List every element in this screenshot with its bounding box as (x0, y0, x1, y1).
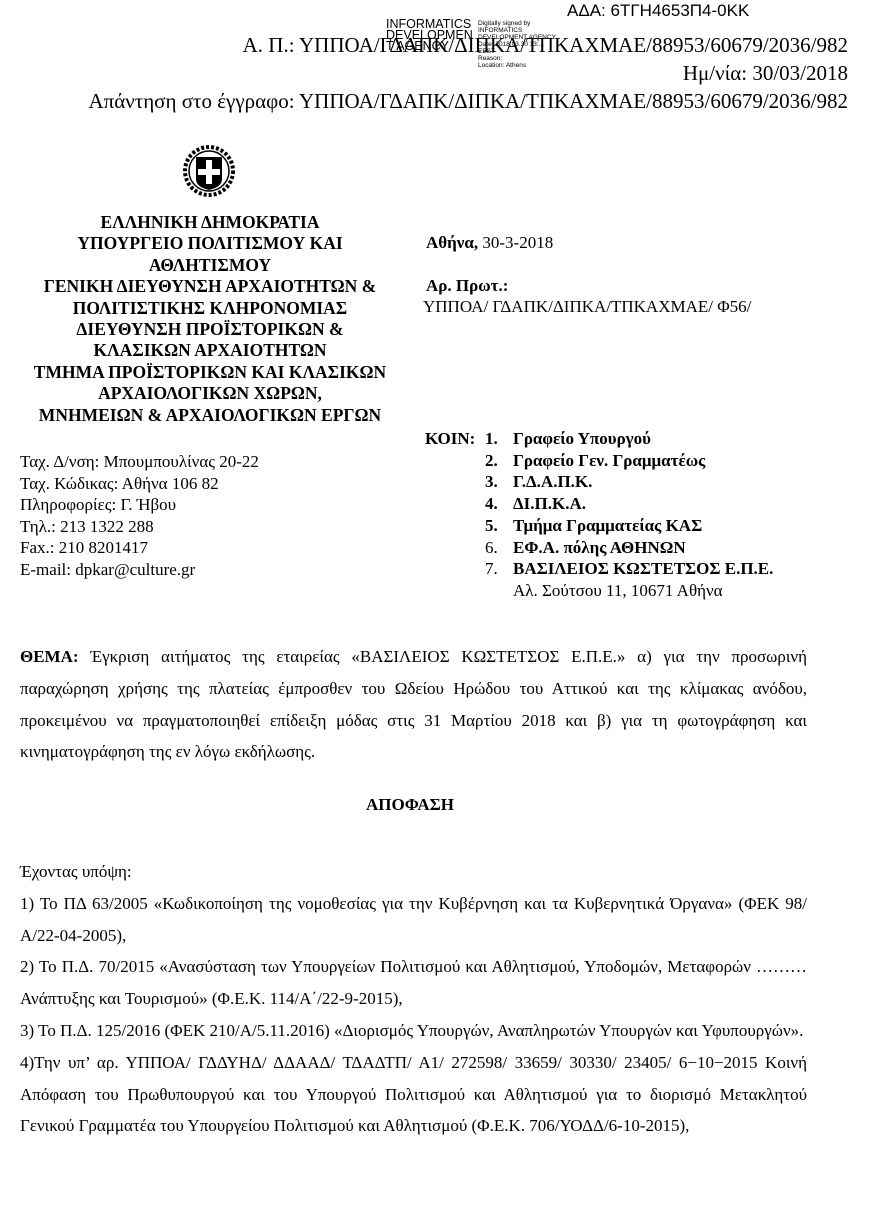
koin-recipients: ΚΟΙΝ: 1. Γραφείο Υπουργού 2. Γραφείο Γεν… (425, 428, 773, 602)
contact-information-person: Πληροφορίες: Γ. Ήβου (20, 494, 259, 516)
recipient-number: 1. (485, 428, 513, 450)
authority-line: ΚΛΑΣΙΚΩΝ ΑΡΧΑΙΟΤΗΤΩΝ (0, 340, 420, 361)
subject-paragraph: ΘΕΜΑ: Έγκριση αιτήματος της εταιρείας «Β… (20, 641, 807, 768)
document-date-header: Ημ/νία: 30/03/2018 (683, 61, 848, 86)
authority-line: ΓΕΝΙΚΗ ΔΙΕΥΘΥΝΣΗ ΑΡΧΑΙΟΤΗΤΩΝ & (0, 276, 420, 297)
legal-basis-item: 1) Το ΠΔ 63/2005 «Κωδικοποίηση της νομοθ… (20, 888, 807, 952)
recipient-row: ΚΟΙΝ: 1. Γραφείο Υπουργού (425, 428, 773, 450)
protocol-number-label: Αρ. Πρωτ.: (426, 275, 751, 296)
authority-line: ΜΝΗΜΕΙΩΝ & ΑΡΧΑΙΟΛΟΓΙΚΩΝ ΕΡΓΩΝ (0, 405, 420, 426)
issuing-authority: ΕΛΛΗΝΙΚΗ ΔΗΜΟΚΡΑΤΙΑ ΥΠΟΥΡΓΕΙΟ ΠΟΛΙΤΙΣΜΟΥ… (0, 212, 420, 426)
recipient-number: 2. (485, 450, 513, 472)
legal-basis-item: 2) Το Π.Δ. 70/2015 «Ανασύσταση των Υπουρ… (20, 951, 807, 1015)
recipient-address: Αλ. Σούτσου 11, 10671 Αθήνα (513, 580, 773, 602)
recipient-name: Τμήμα Γραμματείας ΚΑΣ (513, 515, 773, 537)
recipient-number: 5. (485, 515, 513, 537)
recipient-name: Γραφείο Γεν. Γραμματέως (513, 450, 773, 472)
recipient-row: 5. Τμήμα Γραμματείας ΚΑΣ (425, 515, 773, 537)
recipient-row: Αλ. Σούτσου 11, 10671 Αθήνα (425, 580, 773, 602)
subject-text: Έγκριση αιτήματος της εταιρείας «ΒΑΣΙΛΕΙ… (20, 647, 807, 761)
protocol-number: Αρ. Πρωτ.: ΥΠΠΟΑ/ ΓΔΑΠΚ/ΔΙΠΚΑ/ΤΠΚΑΧΜΑΕ/ … (426, 275, 751, 317)
authority-line: ΤΜΗΜΑ ΠΡΟΪΣΤΟΡΙΚΩΝ ΚΑΙ ΚΛΑΣΙΚΩΝ (0, 362, 420, 383)
authority-line: ΕΛΛΗΝΙΚΗ ΔΗΜΟΚΡΑΤΙΑ (0, 212, 420, 233)
legal-basis-item: 3) Το Π.Δ. 125/2016 (ΦΕΚ 210/Α/5.11.2016… (20, 1015, 807, 1047)
reply-to-header: Απάντηση στο έγγραφο: ΥΠΠΟΑ/ΓΔΑΠΚ/ΔΙΠΚΑ/… (88, 89, 848, 114)
recipient-row: 3. Γ.Δ.Α.Π.Κ. (425, 471, 773, 493)
recipient-name: ΒΑΣΙΛΕΙΟΣ ΚΩΣΤΕΤΣΟΣ Ε.Π.Ε. (513, 558, 773, 580)
contact-phone: Τηλ.: 213 1322 288 (20, 516, 259, 538)
protocol-number-header: Α. Π.: ΥΠΠΟΑ/ΓΔΑΠΚ/ΔΙΠΚΑ/ΤΠΚΑΧΜΑΕ/88953/… (243, 33, 848, 58)
authority-line: ΔΙΕΥΘΥΝΣΗ ΠΡΟΪΣΤΟΡΙΚΩΝ & (0, 319, 420, 340)
greek-coat-of-arms-icon (183, 145, 235, 197)
place-date: Αθήνα, 30-3-2018 (426, 233, 553, 253)
contact-address: Ταχ. Δ/νση: Μπουμπουλίνας 20-22 (20, 451, 259, 473)
recipient-name: ΔΙ.Π.Κ.Α. (513, 493, 773, 515)
subject-label: ΘΕΜΑ: (20, 647, 79, 666)
recipient-row: 6. ΕΦ.Α. πόλης ΑΘΗΝΩΝ (425, 537, 773, 559)
signature-detail-line: Digitally signed by (478, 20, 578, 27)
recipient-number: 3. (485, 471, 513, 493)
legal-basis-item: 4)Την υπ’ αρ. ΥΠΠΟΑ/ ΓΔΔΥΗΔ/ ΔΔΑΑΔ/ ΤΔΑΔ… (20, 1047, 807, 1142)
contact-email: E-mail: dpkar@culture.gr (20, 559, 259, 581)
recipient-row: 2. Γραφείο Γεν. Γραμματέως (425, 450, 773, 472)
place-date-label: Αθήνα, (426, 233, 478, 252)
decision-body: Έχοντας υπόψη: 1) Το ΠΔ 63/2005 «Κωδικοπ… (20, 856, 807, 1142)
authority-line: ΑΡΧΑΙΟΛΟΓΙΚΩΝ ΧΩΡΩΝ, (0, 383, 420, 404)
recipient-number: 6. (485, 537, 513, 559)
contact-fax: Fax.: 210 8201417 (20, 537, 259, 559)
considering-heading: Έχοντας υπόψη: (20, 856, 807, 888)
signature-detail-line: Location: Athens (478, 62, 578, 69)
recipient-row: 7. ΒΑΣΙΛΕΙΟΣ ΚΩΣΤΕΤΣΟΣ Ε.Π.Ε. (425, 558, 773, 580)
recipient-name: Γ.Δ.Α.Π.Κ. (513, 471, 773, 493)
recipient-number: 7. (485, 558, 513, 580)
authority-line: ΠΟΛΙΤΙΣΤΙΚΗΣ ΚΛΗΡΟΝΟΜΙΑΣ (0, 298, 420, 319)
contact-info: Ταχ. Δ/νση: Μπουμπουλίνας 20-22 Ταχ. Κώδ… (20, 451, 259, 581)
ada-code: ΑΔΑ: 6ΤΓΗ4653Π4-0ΚΚ (567, 1, 749, 21)
recipient-name: Γραφείο Υπουργού (513, 428, 773, 450)
contact-postal-code: Ταχ. Κώδικας: Αθήνα 106 82 (20, 473, 259, 495)
recipient-row: 4. ΔΙ.Π.Κ.Α. (425, 493, 773, 515)
place-date-value: 30-3-2018 (482, 233, 553, 252)
recipient-name: ΕΦ.Α. πόλης ΑΘΗΝΩΝ (513, 537, 773, 559)
authority-line: ΥΠΟΥΡΓΕΙΟ ΠΟΛΙΤΙΣΜΟΥ ΚΑΙ (0, 233, 420, 254)
recipient-number: 4. (485, 493, 513, 515)
decision-title: ΑΠΟΦΑΣΗ (0, 795, 820, 815)
authority-line: ΑΘΛΗΤΙΣΜΟΥ (0, 255, 420, 276)
protocol-number-value: ΥΠΠΟΑ/ ΓΔΑΠΚ/ΔΙΠΚΑ/ΤΠΚΑΧΜΑΕ/ Φ56/ (423, 296, 751, 317)
koin-label: ΚΟΙΝ: (425, 428, 485, 450)
